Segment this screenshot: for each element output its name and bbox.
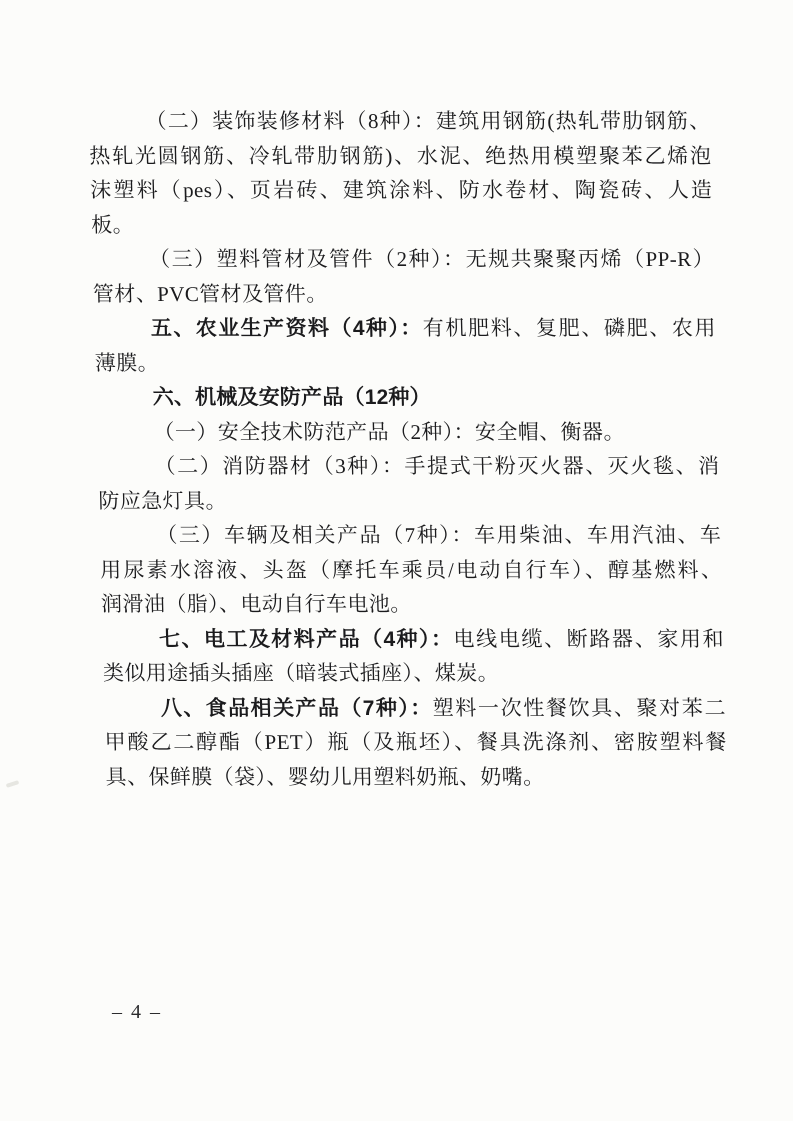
text-segment: 有机肥料、复肥、磷肥、农用	[422, 316, 716, 340]
text-segment: 沫塑料（pes）、页岩砖、建筑涂料、防水卷材、陶瓷砖、人造	[90, 178, 713, 202]
footer-page-number: – 4 –	[112, 1001, 162, 1024]
text-segment: 润滑油（脂）、电动自行车电池。	[101, 592, 412, 616]
text-line: 板。	[91, 208, 714, 243]
text-line: 沫塑料（pes）、页岩砖、建筑涂料、防水卷材、陶瓷砖、人造	[90, 173, 713, 208]
text-segment: 具、保鲜膜（袋）、婴幼儿用塑料奶瓶、奶嘴。	[105, 765, 545, 789]
text-line: 甲酸乙二醇酯（PET）瓶（及瓶坯）、餐具洗涤剂、密胺塑料餐	[104, 725, 727, 760]
text-segment: 甲酸乙二醇酯（PET）瓶（及瓶坯）、餐具洗涤剂、密胺塑料餐	[104, 730, 727, 754]
text-segment: 板。	[91, 213, 134, 237]
text-line: 用尿素水溶液、头盔（摩托车乘员/电动自行车）、醇基燃料、	[100, 553, 723, 588]
document-page: （二）装饰装修材料（8种）：建筑用钢筋(热轧带肋钢筋、热轧光圆钢筋、冷轧带肋钢筋…	[0, 0, 793, 1121]
text-segment: 电线电缆、断路器、家用和	[453, 627, 724, 651]
text-line: （三）塑料管材及管件（2种）：无规共聚聚丙烯（PP-R）	[92, 242, 715, 277]
text-line: （三）车辆及相关产品（7种）：车用柴油、车用汽油、车	[99, 518, 722, 553]
text-line: 管材、PVC管材及管件。	[93, 277, 716, 312]
text-line: （一）安全技术防范产品（2种）：安全帽、衡器。	[96, 415, 719, 450]
document-text: （二）装饰装修材料（8种）：建筑用钢筋(热轧带肋钢筋、热轧光圆钢筋、冷轧带肋钢筋…	[88, 104, 728, 794]
text-segment: 类似用途插头插座（暗装式插座）、煤炭。	[103, 661, 500, 685]
text-segment: （三）塑料管材及管件（2种）：无规共聚聚丙烯（PP-R）	[149, 247, 715, 271]
text-line: 润滑油（脂）、电动自行车电池。	[101, 587, 724, 622]
heading-segment: 五、农业生产资料（4种）：	[151, 317, 424, 340]
text-line: 七、电工及材料产品（4种）：电线电缆、断路器、家用和	[102, 622, 725, 657]
text-line: 六、机械及安防产品（12种）	[95, 380, 718, 415]
text-line: 热轧光圆钢筋、冷轧带肋钢筋)、水泥、绝热用模塑聚苯乙烯泡	[89, 139, 712, 174]
text-line: （二）装饰装修材料（8种）：建筑用钢筋(热轧带肋钢筋、	[88, 104, 711, 139]
text-segment: 管材、PVC管材及管件。	[93, 282, 328, 306]
text-segment: （二）装饰装修材料（8种）：建筑用钢筋(热轧带肋钢筋、	[145, 109, 711, 133]
text-segment: 薄膜。	[94, 351, 159, 375]
text-segment: 热轧光圆钢筋、冷轧带肋钢筋)、水泥、绝热用模塑聚苯乙烯泡	[89, 144, 712, 168]
text-segment: （三）车辆及相关产品（7种）：车用柴油、车用汽油、车	[156, 523, 722, 547]
text-line: 类似用途插头插座（暗装式插座）、煤炭。	[102, 656, 725, 691]
text-line: 八、食品相关产品（7种）：塑料一次性餐饮具、聚对苯二	[103, 691, 726, 726]
heading-segment: 八、食品相关产品（7种）：	[161, 697, 434, 720]
text-segment: 防应急灯具。	[98, 489, 227, 513]
text-segment: 塑料一次性餐饮具、聚对苯二	[432, 696, 726, 720]
heading-segment: 六、机械及安防产品（12种）	[152, 386, 431, 409]
text-segment: （一）安全技术防范产品（2种）：安全帽、衡器。	[153, 420, 625, 444]
scan-smudge	[6, 780, 20, 788]
text-segment: （二）消防器材（3种）：手提式干粉灭火器、灭火毯、消	[154, 454, 720, 478]
text-line: 具、保鲜膜（袋）、婴幼儿用塑料奶瓶、奶嘴。	[105, 760, 728, 795]
text-line: 五、农业生产资料（4种）：有机肥料、复肥、磷肥、农用	[93, 311, 716, 346]
text-segment: 用尿素水溶液、头盔（摩托车乘员/电动自行车）、醇基燃料、	[100, 558, 723, 582]
heading-segment: 七、电工及材料产品（4种）：	[159, 628, 454, 651]
text-line: （二）消防器材（3种）：手提式干粉灭火器、灭火毯、消	[97, 449, 720, 484]
text-line: 防应急灯具。	[98, 484, 721, 519]
text-line: 薄膜。	[94, 346, 717, 381]
